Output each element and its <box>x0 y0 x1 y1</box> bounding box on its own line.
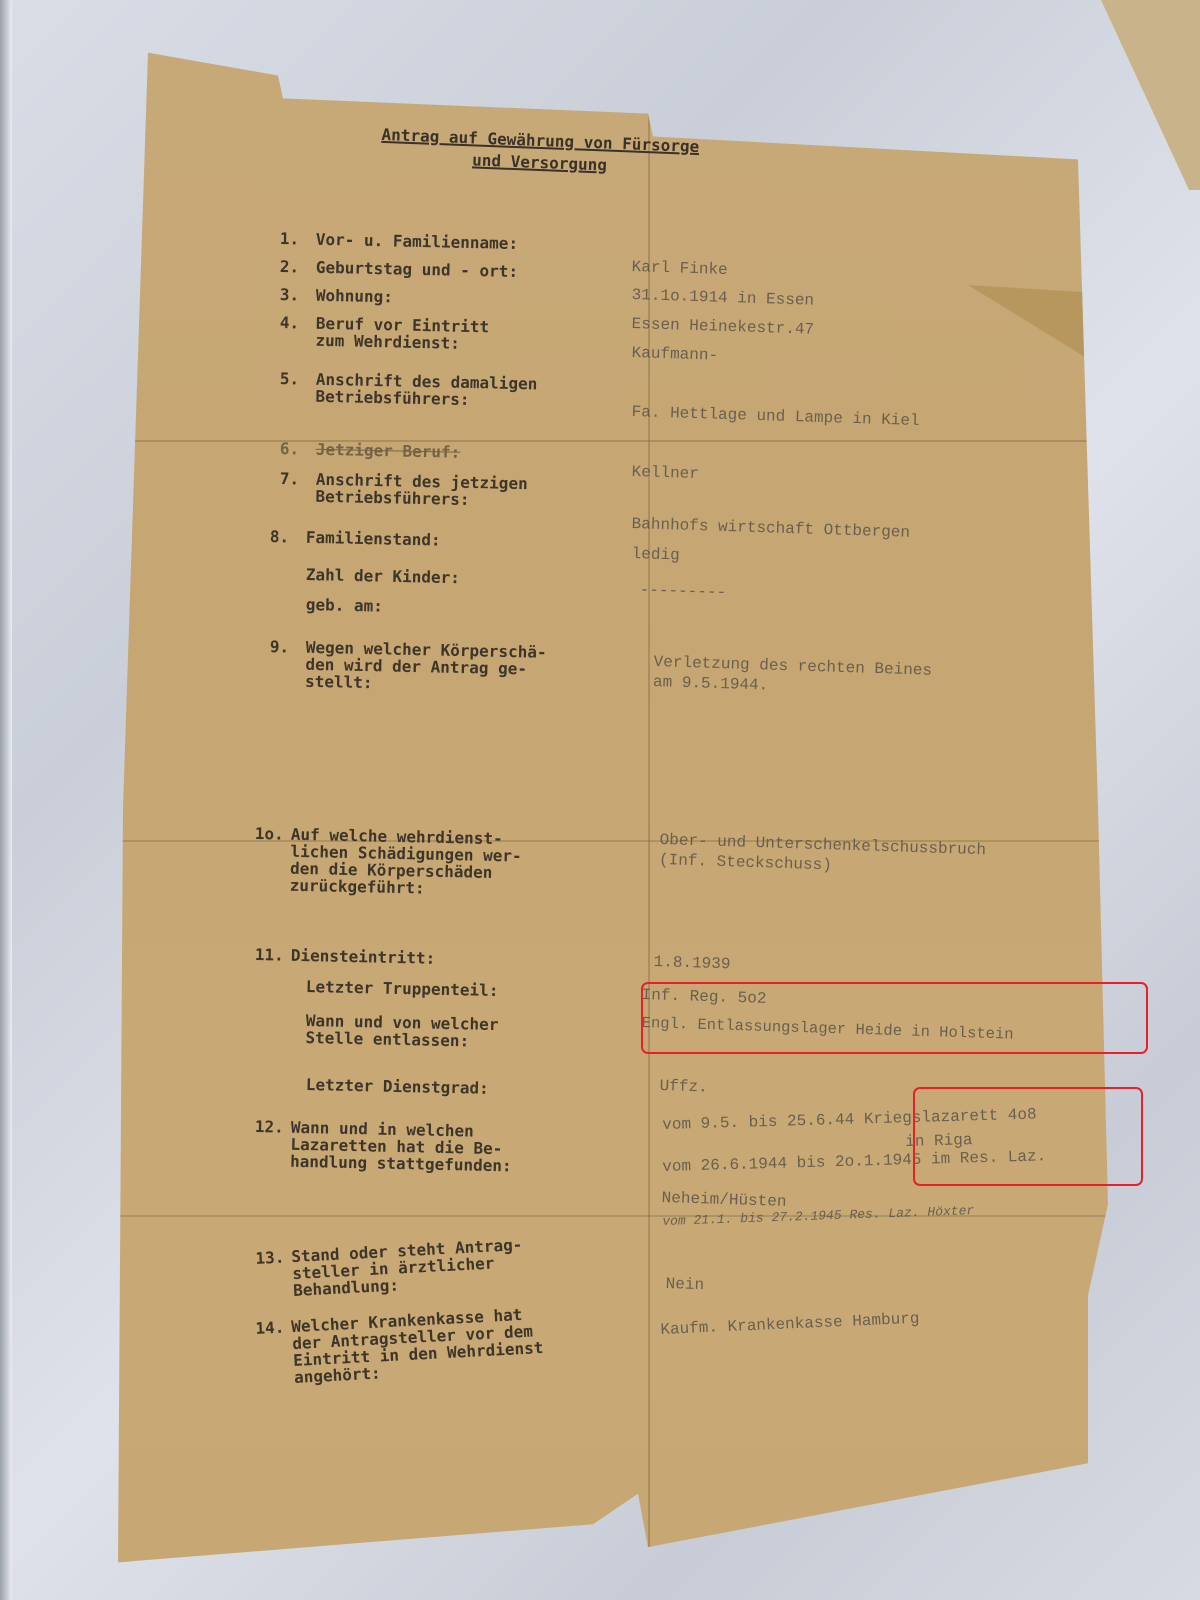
background-paper <box>1090 0 1200 190</box>
field-label-cause: 1o.Auf welche wehrdienst-lichen Schädigu… <box>254 825 523 899</box>
field-value-name: Karl Finke <box>631 257 728 280</box>
folded-corner <box>968 285 1098 365</box>
field-label-prior-occupation: 4.Beruf vor Eintrittzum Wehrdienst: <box>279 314 489 352</box>
field-value-prior-occupation: Kaufmann- <box>631 343 718 366</box>
field-label-residence: 3.Wohnung: <box>280 286 393 305</box>
table-edge <box>0 0 12 1600</box>
field-label-last-unit: Letzter Truppenteil: <box>306 978 499 999</box>
field-label-children-birth: geb. am: <box>306 596 383 615</box>
field-label-current-employer: 7.Anschrift des jetzigenBetriebsführers: <box>279 470 528 509</box>
field-value-last-rank: Uffz. <box>659 1076 708 1097</box>
field-label-marital-status: 8.Familienstand: <box>270 528 441 549</box>
annotation-box-kriegslazarett <box>913 1087 1143 1186</box>
field-label-former-employer: 5.Anschrift des damaligenBetriebsführers… <box>279 370 537 409</box>
field-value-current-occupation: Kellner <box>631 462 699 484</box>
field-label-children-count: Zahl der Kinder: <box>306 566 460 586</box>
field-value-children-count: --------- <box>639 580 726 603</box>
field-label-hospitals: 12.Wann und in welchenLazaretten hat die… <box>254 1118 513 1174</box>
field-label-injury: 9.Wegen welcher Körperschä-den wird der … <box>269 638 547 695</box>
field-value-service-entry: 1.8.1939 <box>653 952 730 974</box>
field-label-name: 1.Vor- u. Familienname: <box>280 230 519 252</box>
field-label-last-rank: Letzter Dienstgrad: <box>306 1076 489 1097</box>
field-label-discharge: Wann und von welcher Stelle entlassen: <box>305 1012 498 1050</box>
field-value-marital-status: ledig <box>631 544 680 565</box>
annotation-box-truppenteil <box>641 982 1148 1054</box>
fold-line-horizontal <box>118 440 1118 442</box>
field-label-service-entry: 11.Diensteintritt: <box>255 946 436 967</box>
field-label-birth: 2.Geburtstag und - ort: <box>280 258 519 280</box>
field-value-medical-treatment: Nein <box>665 1274 704 1295</box>
